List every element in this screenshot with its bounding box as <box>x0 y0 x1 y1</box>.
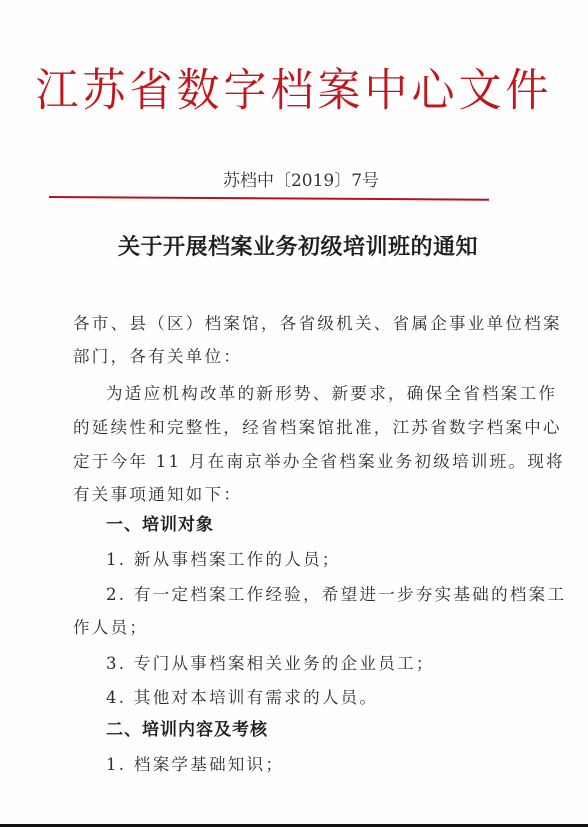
section-heading-training-targets: 一、培训对象 <box>106 513 214 537</box>
intro-line-4: 有关事项通知如下： <box>73 483 242 507</box>
document-page: 江苏省数字档案中心文件 苏档中〔2019〕7号 关于开展档案业务初级培训班的通知… <box>0 0 588 827</box>
red-header-title: 江苏省数字档案中心文件 <box>0 61 588 122</box>
salutation-line-1: 各市、县（区）档案馆，各省级机关、省属企事业单位档案 <box>73 312 562 336</box>
list-item: 2. 有一定档案工作经验，希望进一步夯实基础的档案工 <box>106 583 566 607</box>
section-heading-training-content: 二、培训内容及考核 <box>106 718 268 742</box>
notice-title: 关于开展档案业务初级培训班的通知 <box>0 233 588 263</box>
intro-line-1: 为适应机构改革的新形势、新要求，确保全省档案工作 <box>106 382 557 406</box>
list-item: 4. 其他对本培训有需求的人员。 <box>106 686 378 710</box>
document-number: 苏档中〔2019〕7号 <box>0 170 588 192</box>
list-item: 1. 档案学基础知识； <box>106 753 284 777</box>
red-separator-rule <box>49 196 489 201</box>
list-item: 3. 专门从事档案相关业务的企业员工； <box>106 652 435 676</box>
intro-line-2: 的延续性和完整性，经省档案馆批准，江苏省数字档案中心 <box>73 416 562 440</box>
list-item: 1. 新从事档案工作的人员； <box>106 548 341 572</box>
salutation-line-2: 部门，各有关单位： <box>73 345 242 369</box>
intro-line-3: 定于今年 11 月在南京举办全省档案业务初级培训班。现将 <box>73 450 565 474</box>
list-item-continuation: 作人员； <box>73 616 148 640</box>
